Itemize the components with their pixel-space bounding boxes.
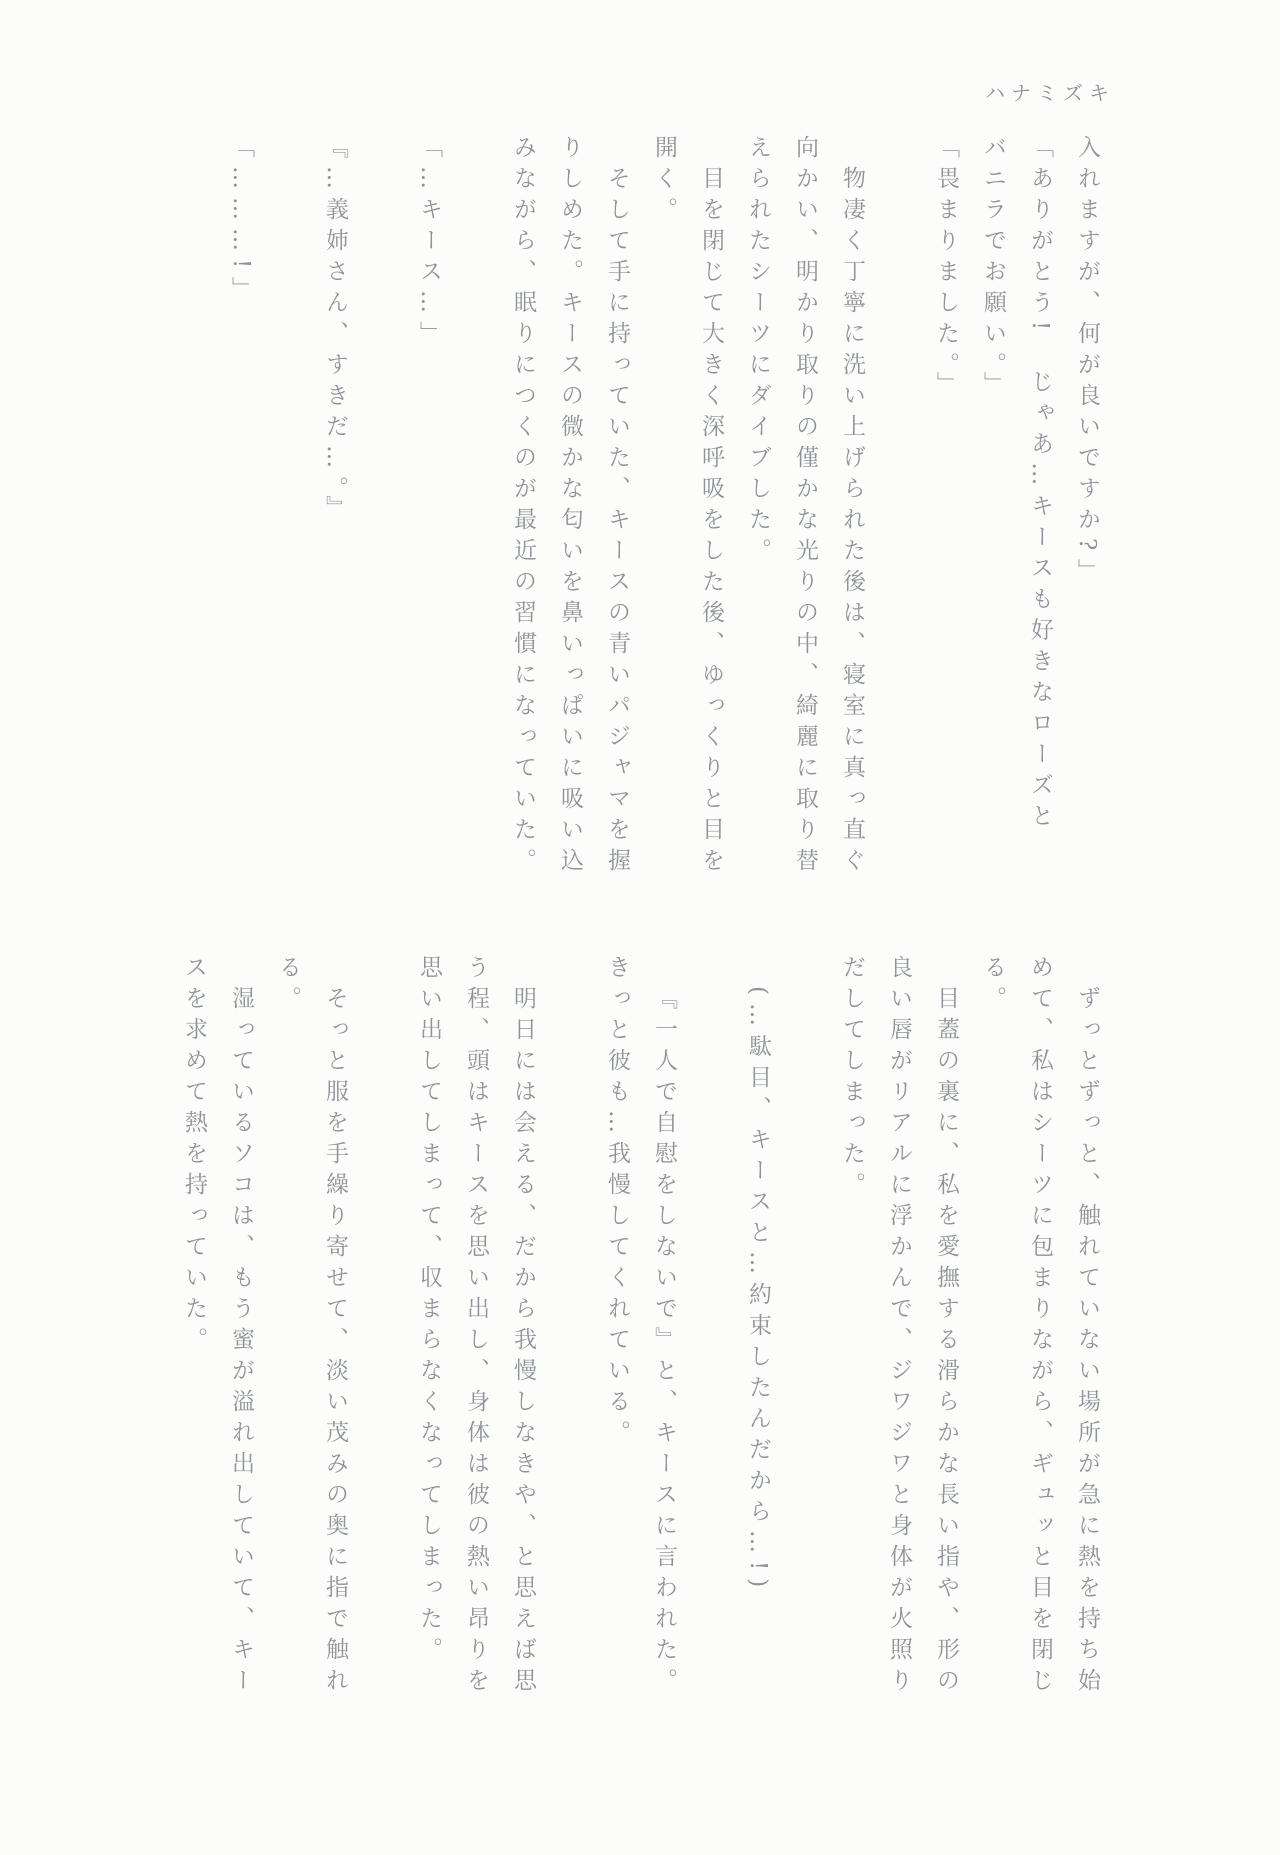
- text-line: 物凄く丁寧に洗い上げられた後は、寝室に真っ直ぐ: [828, 135, 875, 887]
- text-line: 「ありがとう! じゃあ…キースも好きなローズと: [1016, 135, 1063, 887]
- text-line: (…駄目、キースと…約束したんだから…!): [734, 955, 781, 1707]
- blank-line: [358, 135, 405, 887]
- blank-line: [358, 955, 405, 1707]
- blank-line: [546, 955, 593, 1707]
- text-line: 『一人で自慰をしないで』と、キースに言われた。: [640, 955, 687, 1707]
- text-line: めて、私はシーツに包まりながら、ギュッと目を閉じ: [1016, 955, 1063, 1707]
- text-line: 良い唇がリアルに浮かんで、ジワジワと身体が火照り: [875, 955, 922, 1707]
- blank-line: [264, 135, 311, 887]
- text-line: えられたシーツにダイブした。: [734, 135, 781, 887]
- text-line: 明日には会える、だから我慢しなきや、と思えば思: [499, 955, 546, 1707]
- text-line: 湿っているソコは、もう蜜が溢れ出していて、キー: [217, 955, 264, 1707]
- text-line: だしてしまった。: [828, 955, 875, 1707]
- blank-line: [452, 135, 499, 887]
- vertical-text-block-bottom: ずっとずっと、触れていない場所が急に熱を持ち始めて、私はシーツに包まりながら、ギ…: [170, 955, 1110, 1707]
- text-line: ずっとずっと、触れていない場所が急に熱を持ち始: [1063, 955, 1110, 1707]
- text-line: 「…キース…」: [405, 135, 452, 887]
- text-line: る。: [264, 955, 311, 1707]
- text-line: 開く。: [640, 135, 687, 887]
- text-line: きっと彼も…我慢してくれている。: [593, 955, 640, 1707]
- page: ハナミズキ 入れますが、何が良いですか?」「ありがとう! じゃあ…キースも好きな…: [0, 0, 1280, 1855]
- blank-line: [781, 955, 828, 1707]
- text-line: う程、頭はキースを思い出し、身体は彼の熱い昂りを: [452, 955, 499, 1707]
- text-line: スを求めて熱を持っていた。: [170, 955, 217, 1707]
- text-line: 「………!」: [217, 135, 264, 887]
- text-line: そっと服を手繰り寄せて、淡い茂みの奥に指で触れ: [311, 955, 358, 1707]
- text-line: 目を閉じて大きく深呼吸をした後、ゆっくりと目を: [687, 135, 734, 887]
- text-line: 入れますが、何が良いですか?」: [1063, 135, 1110, 887]
- scanned-novel-page: { "page": { "header": "ハナミズキ", "backgrou…: [0, 0, 1280, 1855]
- page-header-title: ハナミズキ: [985, 77, 1115, 106]
- text-line: 目蓋の裏に、私を愛撫する滑らかな長い指や、形の: [922, 955, 969, 1707]
- text-line: 思い出してしまって、収まらなくなってしまった。: [405, 955, 452, 1707]
- text-line: バニラでお願い。」: [969, 135, 1016, 887]
- text-line: 『…義姉さん、すきだ…。』: [311, 135, 358, 887]
- vertical-text-block-top: 入れますが、何が良いですか?」「ありがとう! じゃあ…キースも好きなローズとバニ…: [217, 135, 1110, 887]
- text-line: そして手に持っていた、キースの青いパジャマを握: [593, 135, 640, 887]
- text-line: 「畏まりました。」: [922, 135, 969, 887]
- text-line: る。: [969, 955, 1016, 1707]
- text-line: 向かい、明かり取りの僅かな光りの中、綺麗に取り替: [781, 135, 828, 887]
- blank-line: [875, 135, 922, 887]
- text-line: りしめた。キースの微かな匂いを鼻いっぱいに吸い込: [546, 135, 593, 887]
- text-line: みながら、眠りにつくのが最近の習慣になっていた。: [499, 135, 546, 887]
- blank-line: [687, 955, 734, 1707]
